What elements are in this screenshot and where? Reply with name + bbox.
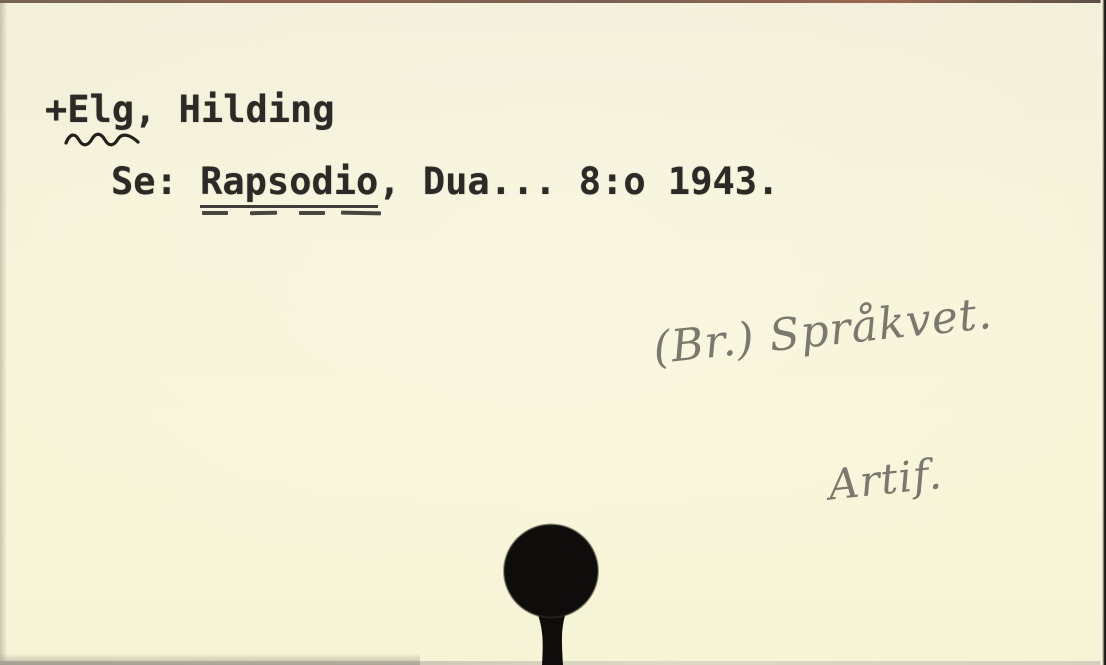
reference-lead: Se:	[111, 160, 200, 203]
underline-dash	[341, 211, 381, 216]
annotation-line-2: Artif.	[667, 432, 1106, 527]
heading-line: +Elg , Hilding	[45, 88, 335, 131]
reference-target-wrap: Rapsodio	[200, 160, 378, 208]
annotation-line-1: (Br.) Språkvet.	[651, 277, 1094, 374]
catalog-card: +Elg , Hilding Se: Rapsodio, Dua... 8:o …	[0, 0, 1106, 665]
underline-dash	[250, 211, 277, 215]
heading-prefix: +	[45, 88, 67, 131]
heading-surname: Elg	[67, 88, 134, 131]
underline-dash	[299, 211, 325, 215]
card-edge-left	[0, 0, 8, 665]
heading-surname-wrap: Elg	[67, 88, 134, 131]
underline-dash	[202, 211, 228, 215]
card-edge-top	[0, 0, 1106, 3]
card-edge-bottom-shadow	[0, 651, 420, 665]
reference-target: Rapsodio	[200, 160, 378, 203]
wavy-underline-icon	[63, 130, 143, 152]
pencil-annotation: (Br.) Språkvet. Artif.	[640, 176, 1106, 628]
hole-punch-icon	[498, 518, 610, 665]
heading-rest: , Hilding	[134, 88, 334, 131]
reference-trail: , Dua... 8:o 1943.	[378, 160, 779, 203]
reference-line: Se: Rapsodio, Dua... 8:o 1943.	[111, 160, 779, 208]
